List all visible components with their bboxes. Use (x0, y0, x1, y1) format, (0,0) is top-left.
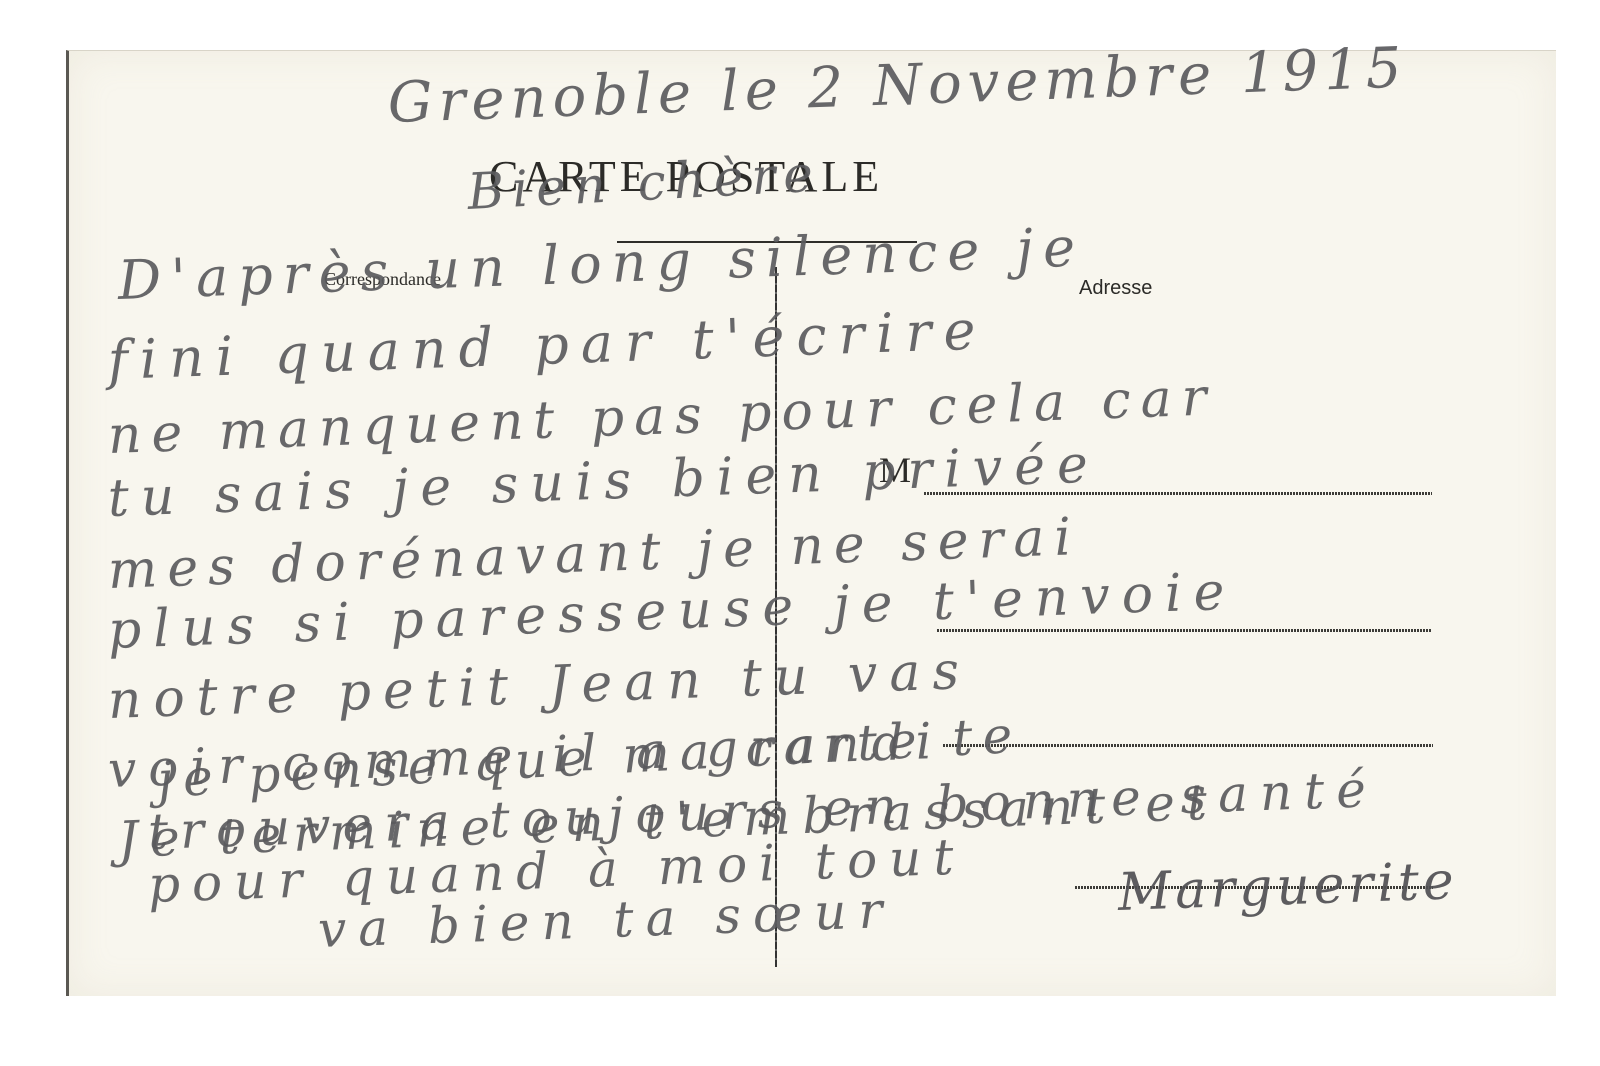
address-label: Adresse (1079, 277, 1152, 300)
handwritten-signature: Marguerite (1117, 851, 1459, 923)
postcard-back: CARTE POSTALE Correspondance Adresse M G… (66, 50, 1556, 996)
handwritten-dateline: Grenoble le 2 Novembre 1915 (387, 35, 1409, 136)
handwritten-line: fini quand par t'écrire (107, 298, 989, 392)
handwritten-line: D'après un long silence je (117, 215, 1086, 312)
